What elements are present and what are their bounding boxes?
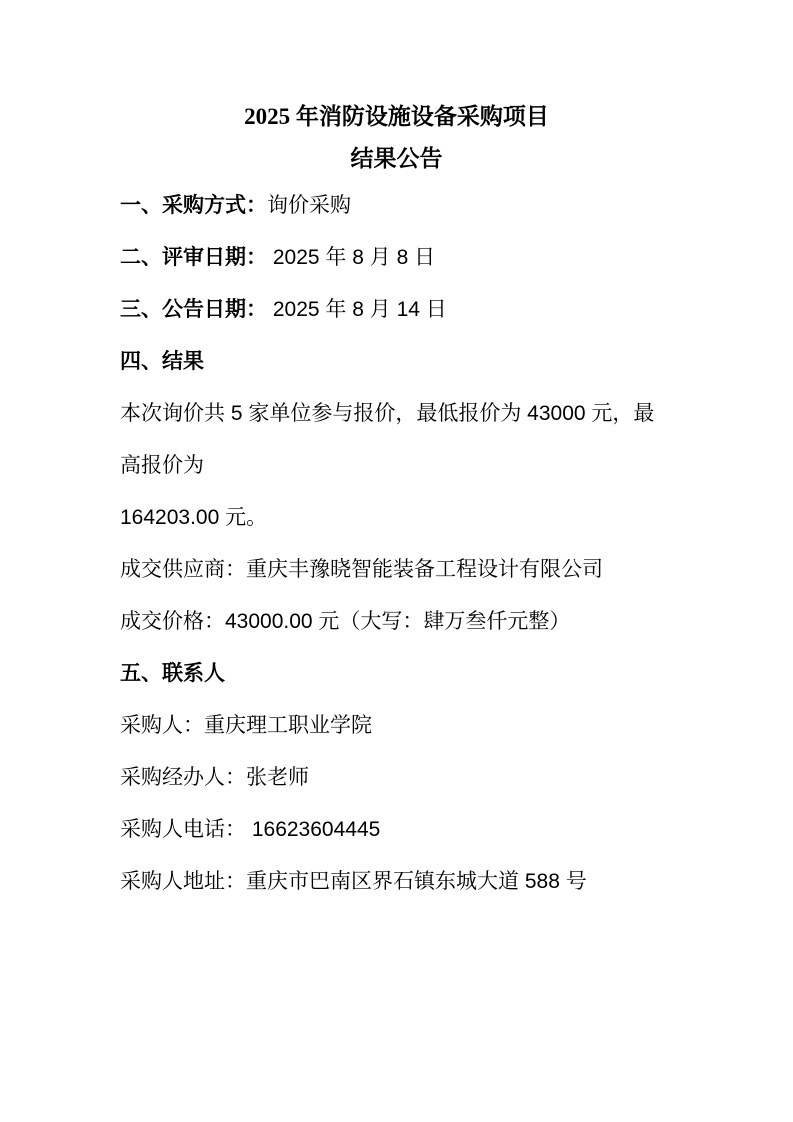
section-announce-date-label: 三、公告日期： <box>120 298 267 321</box>
document-page: 2025 年消防设施设备采购项目 结果公告 一、采购方式：询价采购 二、评审日期… <box>0 0 793 1122</box>
section-announce-date-value: 2025 年 8 月 14 日 <box>267 298 447 321</box>
section-announce-date: 三、公告日期： 2025 年 8 月 14 日 <box>120 284 673 336</box>
title-line-2: 结果公告 <box>120 138 673 180</box>
contact-buyer: 采购人：重庆理工职业学院 <box>120 700 673 752</box>
section-method: 一、采购方式：询价采购 <box>120 180 673 232</box>
contact-agent: 采购经办人：张老师 <box>120 752 673 804</box>
result-paragraph-line-2: 164203.00 元。 <box>120 492 673 544</box>
supplier-label: 成交供应商： <box>120 558 246 581</box>
supplier-line: 成交供应商：重庆丰豫晓智能装备工程设计有限公司 <box>120 544 673 596</box>
document-body: 一、采购方式：询价采购 二、评审日期： 2025 年 8 月 8 日 三、公告日… <box>120 180 673 908</box>
section-review-date-value: 2025 年 8 月 8 日 <box>267 246 435 269</box>
result-paragraph-line-1: 本次询价共 5 家单位参与报价，最低报价为 43000 元，最高报价为 <box>120 388 673 492</box>
contact-heading-text: 五、联系人 <box>120 662 225 685</box>
supplier-value: 重庆丰豫晓智能装备工程设计有限公司 <box>246 558 603 581</box>
contact-buyer-value: 重庆理工职业学院 <box>204 714 372 737</box>
section-review-date: 二、评审日期： 2025 年 8 月 8 日 <box>120 232 673 284</box>
price-value: 43000.00 元（大写：肆万叁仟元整） <box>225 610 570 633</box>
price-label: 成交价格： <box>120 610 225 633</box>
contact-address: 采购人地址：重庆市巴南区界石镇东城大道 588 号 <box>120 856 673 908</box>
price-line: 成交价格：43000.00 元（大写：肆万叁仟元整） <box>120 596 673 648</box>
result-heading-text: 四、结果 <box>120 350 204 373</box>
document-title: 2025 年消防设施设备采购项目 结果公告 <box>120 96 673 180</box>
section-method-value: 询价采购 <box>267 194 351 217</box>
result-paragraph-line-1-text: 本次询价共 5 家单位参与报价，最低报价为 43000 元，最高报价为 <box>120 402 654 477</box>
section-review-date-label: 二、评审日期： <box>120 246 267 269</box>
contact-phone: 采购人电话： 16623604445 <box>120 804 673 856</box>
contact-agent-value: 张老师 <box>246 766 309 789</box>
contact-agent-label: 采购经办人： <box>120 766 246 789</box>
contact-address-value: 重庆市巴南区界石镇东城大道 588 号 <box>246 870 587 893</box>
section-method-label: 一、采购方式： <box>120 194 267 217</box>
contact-address-label: 采购人地址： <box>120 870 246 893</box>
contact-buyer-label: 采购人： <box>120 714 204 737</box>
contact-phone-value: 16623604445 <box>246 818 380 841</box>
title-line-1: 2025 年消防设施设备采购项目 <box>120 96 673 138</box>
contact-phone-label: 采购人电话： <box>120 818 246 841</box>
section-contact-heading: 五、联系人 <box>120 648 673 700</box>
section-result-heading: 四、结果 <box>120 336 673 388</box>
result-paragraph-line-2-text: 164203.00 元。 <box>120 506 267 529</box>
